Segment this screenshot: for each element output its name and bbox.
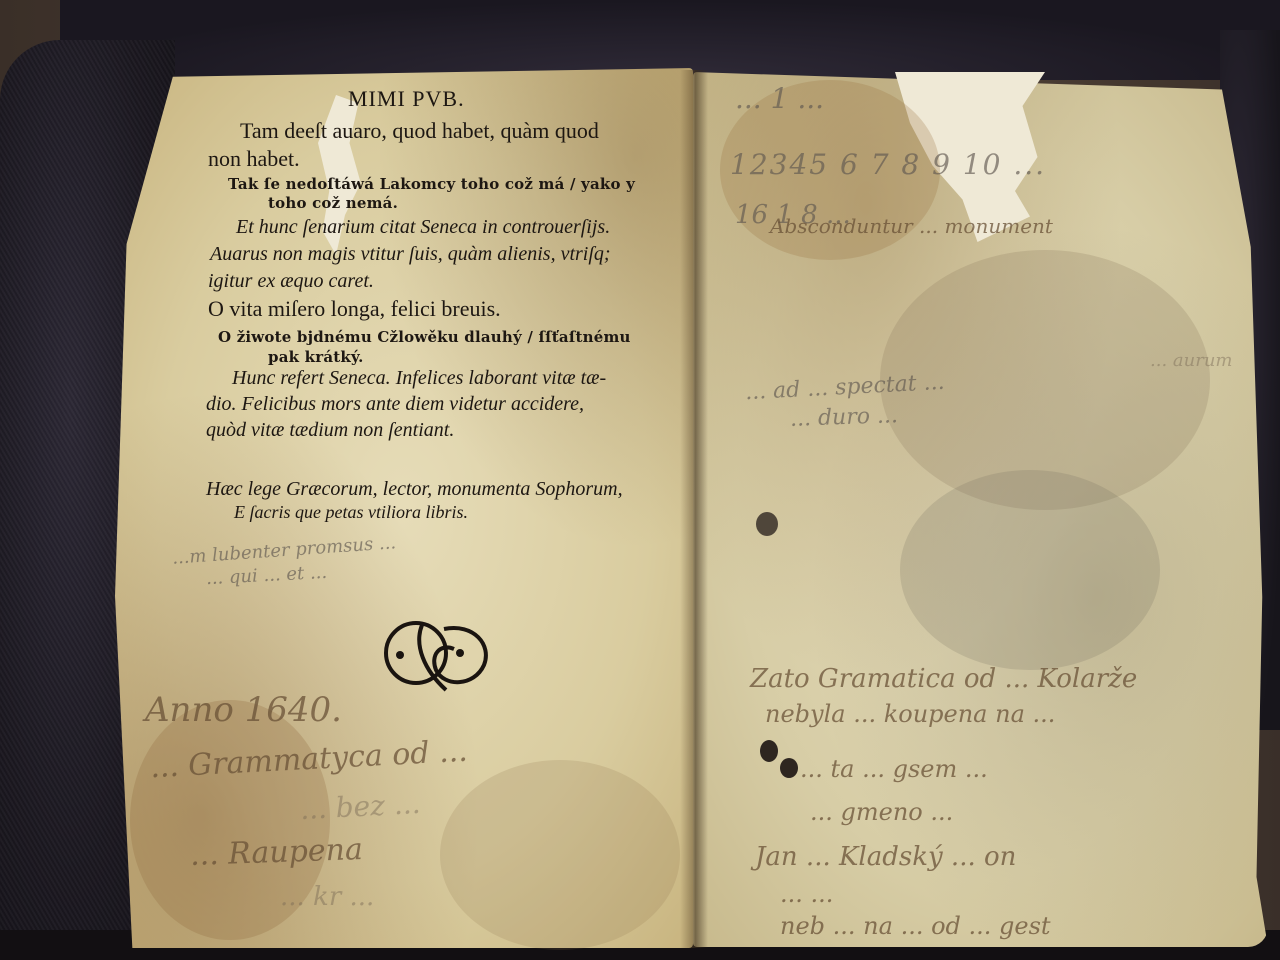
handwritten-note: ... gmeno ... xyxy=(810,798,953,826)
handwritten-note: Absconduntur ... monument xyxy=(770,214,1053,238)
printers-device-ornament xyxy=(374,615,494,695)
handwritten-note: ... duro ... xyxy=(790,403,899,432)
ink-blot xyxy=(760,740,778,762)
handwritten-date: Anno 1640. xyxy=(145,690,342,730)
printed-line: O žiwote bjdnému Cžlowěku dlauhý / ſſťaſ… xyxy=(218,328,631,346)
printed-line: toho což nemá. xyxy=(268,194,398,212)
printed-line: E ſacris que petas vtiliora libris. xyxy=(234,502,468,523)
running-head: MIMI PVB. xyxy=(348,86,465,112)
ink-blot xyxy=(756,512,778,536)
printed-line: Et hunc ſenarium citat Seneca in controu… xyxy=(236,216,610,239)
handwritten-note: ... kr ... xyxy=(280,882,374,912)
handwritten-note: ... ... xyxy=(780,880,833,908)
foxing-stain xyxy=(900,470,1160,670)
velvet-cushion-top xyxy=(60,0,1280,80)
handwritten-note: ... ta ... gsem ... xyxy=(800,755,988,783)
handwritten-note: ... 1 ... xyxy=(735,82,824,115)
handwritten-note: ... bez ... xyxy=(299,787,421,826)
printed-line: Auarus non magis vtitur ſuis, quàm alien… xyxy=(210,243,611,266)
handwritten-note: Jan ... Kladský ... on xyxy=(755,842,1016,872)
printed-line: Hæc lege Græcorum, lector, monumenta Sop… xyxy=(206,478,623,501)
printed-line: Tak ſe nedoſtáwá Lakomcy toho což má / y… xyxy=(228,175,635,193)
printed-line: Tam deeſt auaro, quod habet, quàm quod xyxy=(240,118,599,144)
printed-line: dio. Felicibus mors ante diem videtur ac… xyxy=(206,393,584,416)
printed-line: non habet. xyxy=(208,146,300,172)
printed-line: Hunc refert Seneca. Infelices laborant v… xyxy=(232,367,606,390)
printed-line: igitur ex æquo caret. xyxy=(208,270,374,293)
printed-line: pak krátký. xyxy=(268,348,364,366)
printed-line: quòd vitæ tædium non ſentiant. xyxy=(206,419,454,442)
water-stain xyxy=(440,760,680,950)
handwritten-note: ... Raupena xyxy=(189,832,363,873)
handwritten-note: ... aurum xyxy=(1150,350,1232,371)
handwritten-note: neb ... na ... od ... gest xyxy=(780,912,1051,940)
printed-line: O vita miſero longa, felici breuis. xyxy=(208,296,501,322)
handwritten-note: nebyla ... koupena na ... xyxy=(765,700,1055,728)
book-gutter xyxy=(680,70,708,948)
ink-blot xyxy=(780,758,798,778)
handwritten-numerals: 12345 6 7 8 9 10 ... xyxy=(730,148,1046,181)
handwritten-note: Zato Gramatica od ... Kolarže xyxy=(750,664,1137,694)
